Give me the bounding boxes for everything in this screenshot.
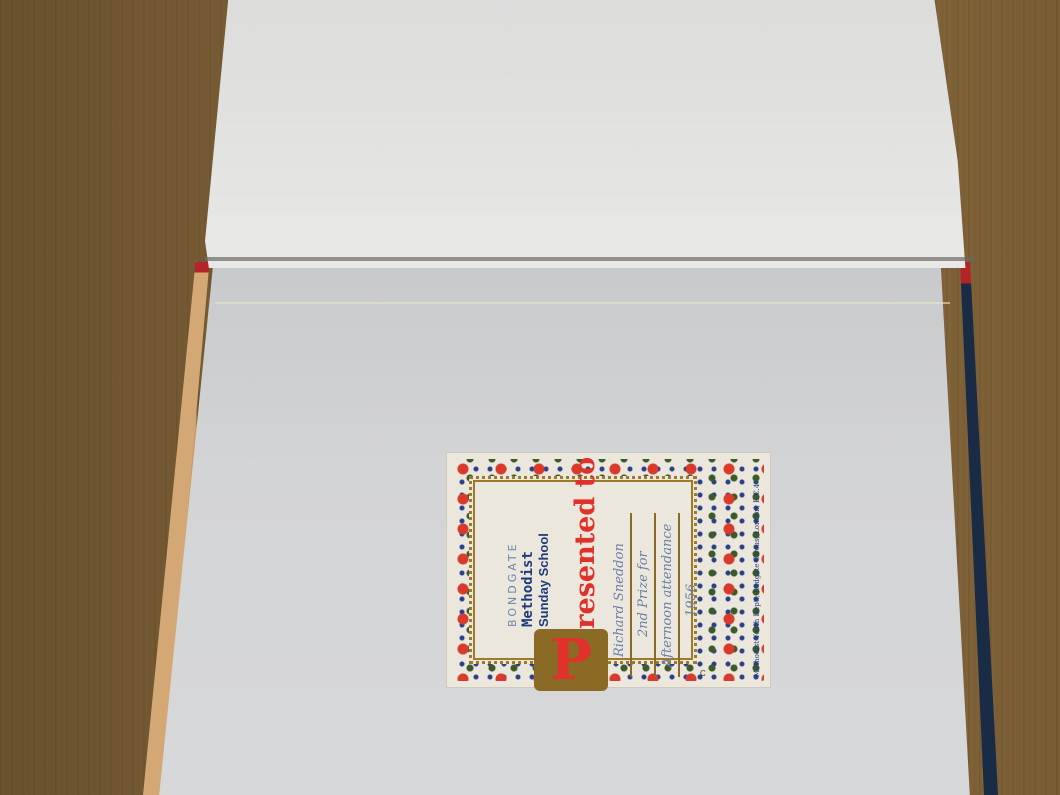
rule-line bbox=[630, 513, 632, 677]
flyleaf-page bbox=[205, 0, 977, 268]
rule-line bbox=[678, 513, 680, 677]
bookplate: BONDGATE Methodist Sunday School Present… bbox=[447, 453, 770, 687]
school-line-sunday-school: Sunday School bbox=[536, 533, 551, 627]
illuminated-initial: P bbox=[534, 629, 608, 691]
school-handwritten-name: BONDGATE bbox=[506, 541, 519, 627]
corner-mark: C bbox=[700, 669, 706, 678]
presented-to-title: Presented to bbox=[570, 457, 601, 649]
hinge-line bbox=[215, 302, 950, 304]
school-line-methodist: Methodist bbox=[520, 551, 536, 627]
year: 1956 bbox=[684, 584, 699, 617]
gold-frame: BONDGATE Methodist Sunday School Present… bbox=[469, 476, 697, 664]
book-photo: BONDGATE Methodist Sunday School Present… bbox=[0, 0, 1060, 795]
rule-line bbox=[654, 513, 656, 677]
gutter-shadow bbox=[205, 257, 975, 261]
attendance-line: Afternoon attendance bbox=[660, 524, 675, 667]
school-name-block: BONDGATE Methodist Sunday School bbox=[500, 509, 560, 629]
recipient-name: Richard Sneddon bbox=[612, 543, 627, 657]
publisher-imprint: Methodist Youth Dept., Ludgate Circus, L… bbox=[753, 484, 761, 677]
handwriting-lines: Richard Sneddon 2nd Prize for Afternoon … bbox=[612, 507, 707, 683]
prize-line: 2nd Prize for bbox=[636, 551, 651, 637]
